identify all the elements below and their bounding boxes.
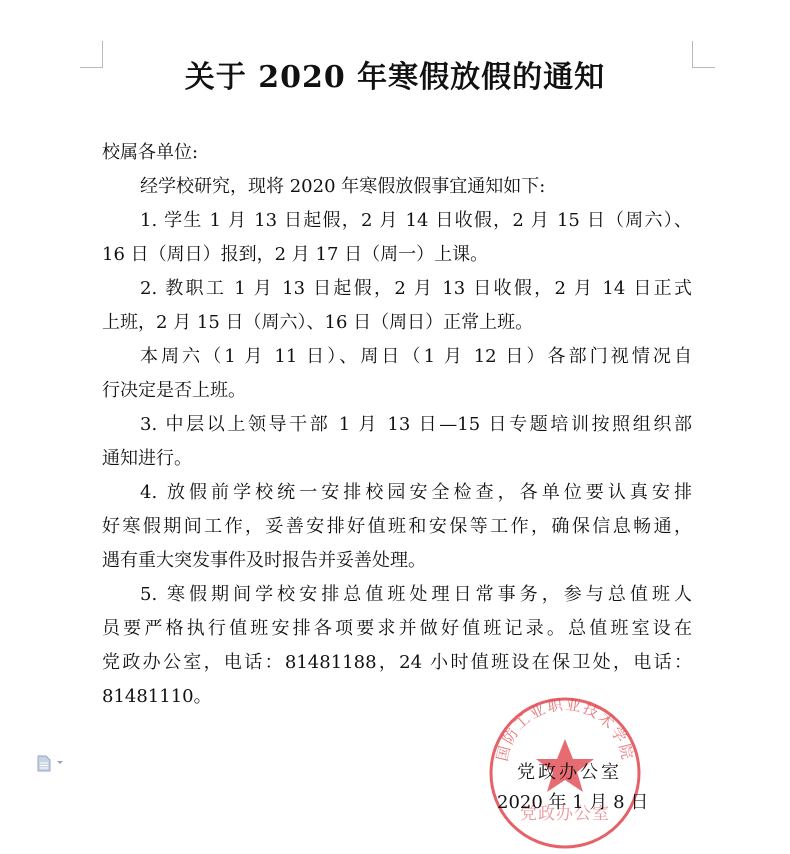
text-line: 2. 教职工 1 月 13 日起假，2 月 13 日收假，2 月 14 日正式	[102, 272, 692, 306]
document-options-icon[interactable]	[37, 755, 51, 772]
text-line: 5. 寒假期间学校安排总值班处理日常事务，参与总值班人	[102, 578, 692, 612]
text-line: 党政办公室，电话：81481188，24 小时值班设在保卫处，电话：	[102, 646, 692, 680]
text-line: 经学校研究，现将 2020 年寒假放假事宜通知如下:	[102, 170, 692, 204]
document-title: 关于 2020 年寒假放假的通知	[0, 58, 790, 98]
signature-organization: 党政办公室	[517, 758, 622, 788]
text-line: 好寒假期间工作，妥善安排好值班和安保等工作，确保信息畅通，	[102, 510, 692, 544]
text-line: 本周六（1 月 11 日）、周日（1 月 12 日）各部门视情况自	[102, 340, 692, 374]
text-line: 员要严格执行值班安排各项要求并做好值班记录。总值班室设在	[102, 612, 692, 646]
text-line: 1. 学生 1 月 13 日起假，2 月 14 日收假，2 月 15 日（周六）…	[102, 204, 692, 238]
text-line: 上班，2 月 15 日（周六）、16 日（周日）正常上班。	[102, 306, 692, 340]
salutation: 校属各单位:	[102, 136, 692, 170]
text-line: 3. 中层以上领导干部 1 月 13 日—15 日专题培训按照组织部	[102, 408, 692, 442]
signature-date: 2020 年 1 月 8 日	[497, 788, 648, 818]
text-line: 行决定是否上班。	[102, 374, 692, 408]
chevron-down-icon[interactable]	[57, 761, 63, 764]
text-line: 通知进行。	[102, 442, 692, 476]
text-line: 遇有重大突发事件及时报告并妥善处理。	[102, 544, 692, 578]
paragraph-lines: 经学校研究，现将 2020 年寒假放假事宜通知如下:1. 学生 1 月 13 日…	[102, 170, 692, 714]
text-line: 16 日（周日）报到，2 月 17 日（周一）上课。	[102, 238, 692, 272]
text-line: 4. 放假前学校统一安排校园安全检查，各单位要认真安排	[102, 476, 692, 510]
document-body: 校属各单位: 经学校研究，现将 2020 年寒假放假事宜通知如下:1. 学生 1…	[102, 136, 692, 714]
